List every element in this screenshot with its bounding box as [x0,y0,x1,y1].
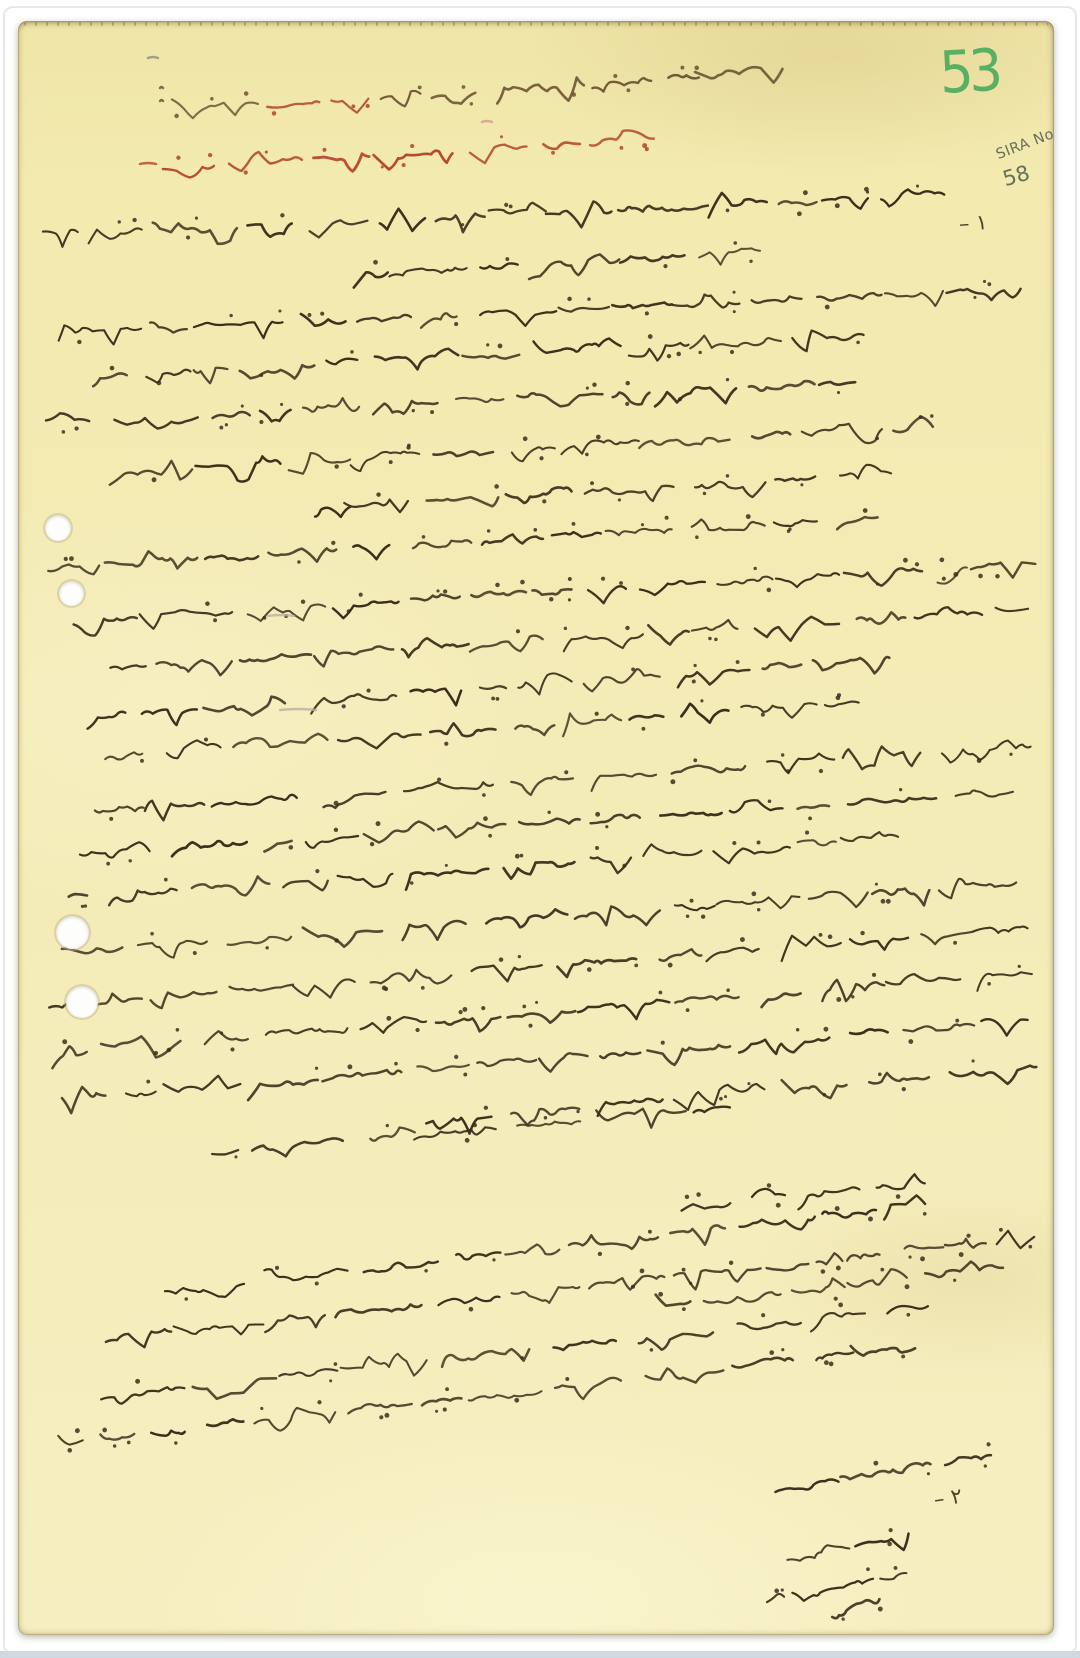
scanned-document-screenshot: { "manuscript": { "kind": "scanned archi… [0,0,1080,1658]
hole-punch [66,986,98,1018]
hole-punch [45,515,71,541]
paragraph-2-marker: – ٢ [932,1484,964,1512]
hole-punch [59,581,84,606]
manuscript-strokes [0,0,1080,1658]
hole-punch [56,916,89,949]
archive-number-annotation: 53 [938,41,1000,102]
paragraph-1-marker: – ١ [958,210,988,236]
scan-bottom-edge [0,1651,1080,1658]
